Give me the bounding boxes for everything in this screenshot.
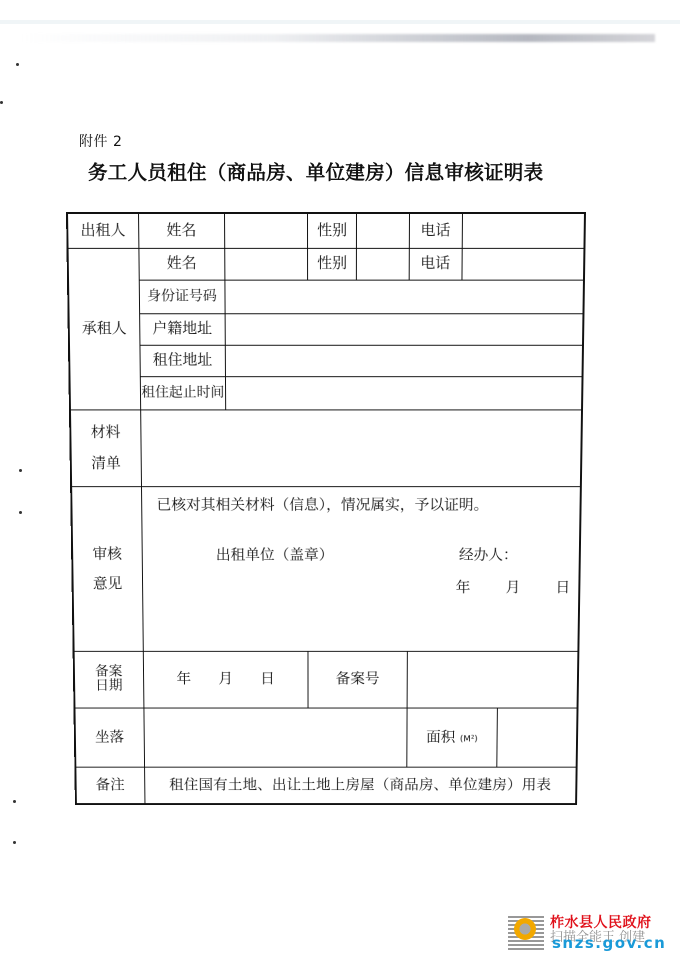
area-label-text: 面积 (426, 728, 455, 745)
audit-date: 年月日 (456, 579, 606, 595)
filing-date-label-line2: 日期 (75, 679, 143, 693)
audit-date-day: 日 (555, 579, 570, 595)
filing-date-year: 年 (176, 671, 191, 687)
area-field[interactable] (497, 708, 578, 767)
lessee-id-row: 身份证号码 (68, 280, 584, 314)
lessee-rental-address-label: 租住地址 (140, 345, 226, 376)
lessee-phone-field[interactable] (462, 248, 585, 280)
lessee-rental-address-row: 租住地址 (69, 345, 583, 376)
location-row: 坐落 面积 (M²) (74, 708, 577, 767)
audit-opinion-cell[interactable]: 已核对其相关材料（信息），情况属实，予以证明。 出租单位（盖章） 经办人： 年月… (141, 486, 581, 651)
watermark-site-name: 柞水县人民政府 (550, 912, 652, 932)
audit-statement: 已核对其相关材料（信息），情况属实，予以证明。 (156, 496, 488, 513)
lessee-id-label: 身份证号码 (139, 280, 225, 314)
area-label: 面积 (M²) (407, 708, 498, 767)
area-unit: (M²) (460, 735, 478, 744)
audit-date-month: 月 (506, 579, 521, 595)
lessor-name-field[interactable] (224, 213, 307, 248)
lessee-rental-period-field[interactable] (225, 376, 582, 409)
watermark-logo: 扫描全能王 创建 柞水县人民政府 snzs.gov.cn (508, 912, 668, 954)
lessee-section-label: 承租人 (68, 248, 141, 410)
scan-speck (13, 841, 16, 844)
scan-speck (13, 800, 16, 803)
materials-label-line1: 材料 (71, 417, 140, 448)
audit-date-year: 年 (456, 579, 471, 595)
materials-label-line2: 清单 (72, 448, 141, 479)
remarks-value: 租住国有土地、出让土地上房屋（商品房、单位建房）用表 (144, 767, 576, 804)
lessee-name-label: 姓名 (138, 248, 224, 280)
materials-field[interactable] (140, 409, 582, 486)
attachment-label: 附件 2 (79, 131, 122, 151)
materials-row: 材料 清单 (70, 409, 582, 486)
lessee-household-row: 户籍地址 (69, 313, 584, 345)
audit-label-line2: 意见 (73, 569, 141, 599)
lessee-name-row: 承租人 姓名 性别 电话 (68, 248, 585, 280)
scan-speck (16, 63, 19, 66)
lessor-gender-label: 性别 (308, 213, 357, 248)
location-label: 坐落 (74, 708, 144, 767)
lessee-gender-label: 性别 (308, 248, 357, 280)
lessor-name-label: 姓名 (138, 213, 225, 248)
scanner-app-icon (514, 918, 536, 940)
materials-label: 材料 清单 (70, 409, 141, 486)
form-table-container: 出租人 姓名 性别 电话 承租人 姓名 性别 电话 身份证号码 户籍地址 租住地… (66, 212, 586, 803)
lessor-row: 出租人 姓名 性别 电话 (67, 213, 585, 248)
scan-speck (19, 469, 22, 472)
lessee-name-field[interactable] (225, 248, 308, 280)
form-table: 出租人 姓名 性别 电话 承租人 姓名 性别 电话 身份证号码 户籍地址 租住地… (66, 212, 586, 805)
lessor-gender-field[interactable] (356, 213, 409, 248)
scan-artifact (0, 20, 680, 24)
scan-speck (19, 511, 22, 514)
lessor-phone-field[interactable] (462, 213, 585, 248)
lessor-section-label: 出租人 (67, 213, 138, 248)
lessor-phone-label: 电话 (409, 213, 462, 248)
filing-date-field[interactable]: 年月日 (143, 651, 308, 708)
filing-date-label-line1: 备案 (75, 665, 143, 679)
lessor-unit-seal-label: 出租单位（盖章） (216, 546, 334, 563)
scan-artifact (20, 34, 655, 42)
audit-label-line1: 审核 (73, 539, 142, 569)
lessee-household-address-field[interactable] (225, 313, 583, 345)
remarks-label: 备注 (75, 767, 144, 804)
filing-row: 备案 日期 年月日 备案号 (74, 651, 579, 708)
lessee-household-address-label: 户籍地址 (139, 313, 225, 345)
filing-number-field[interactable] (407, 651, 579, 708)
audit-label: 审核 意见 (71, 486, 143, 651)
audit-row: 审核 意见 已核对其相关材料（信息），情况属实，予以证明。 出租单位（盖章） 经… (71, 486, 581, 651)
lessee-id-field[interactable] (225, 280, 584, 314)
remarks-row: 备注 租住国有土地、出让土地上房屋（商品房、单位建房）用表 (75, 767, 576, 804)
lessee-phone-label: 电话 (409, 248, 462, 280)
lessee-rental-period-row: 租住起止时间 (69, 376, 582, 409)
location-field[interactable] (144, 708, 407, 767)
filing-date-day: 日 (260, 671, 275, 687)
filing-number-label: 备案号 (308, 651, 407, 708)
lessee-rental-address-field[interactable] (225, 345, 583, 376)
lessee-rental-period-label: 租住起止时间 (140, 376, 226, 409)
scan-speck (0, 101, 3, 104)
filing-date-label: 备案 日期 (74, 651, 144, 708)
lessee-gender-field[interactable] (356, 248, 409, 280)
watermark-url: snzs.gov.cn (552, 934, 666, 952)
handler-label: 经办人： (459, 546, 518, 563)
filing-date-month: 月 (218, 671, 233, 687)
page-title: 务工人员租住（商品房、单位建房）信息审核证明表 (88, 157, 543, 185)
